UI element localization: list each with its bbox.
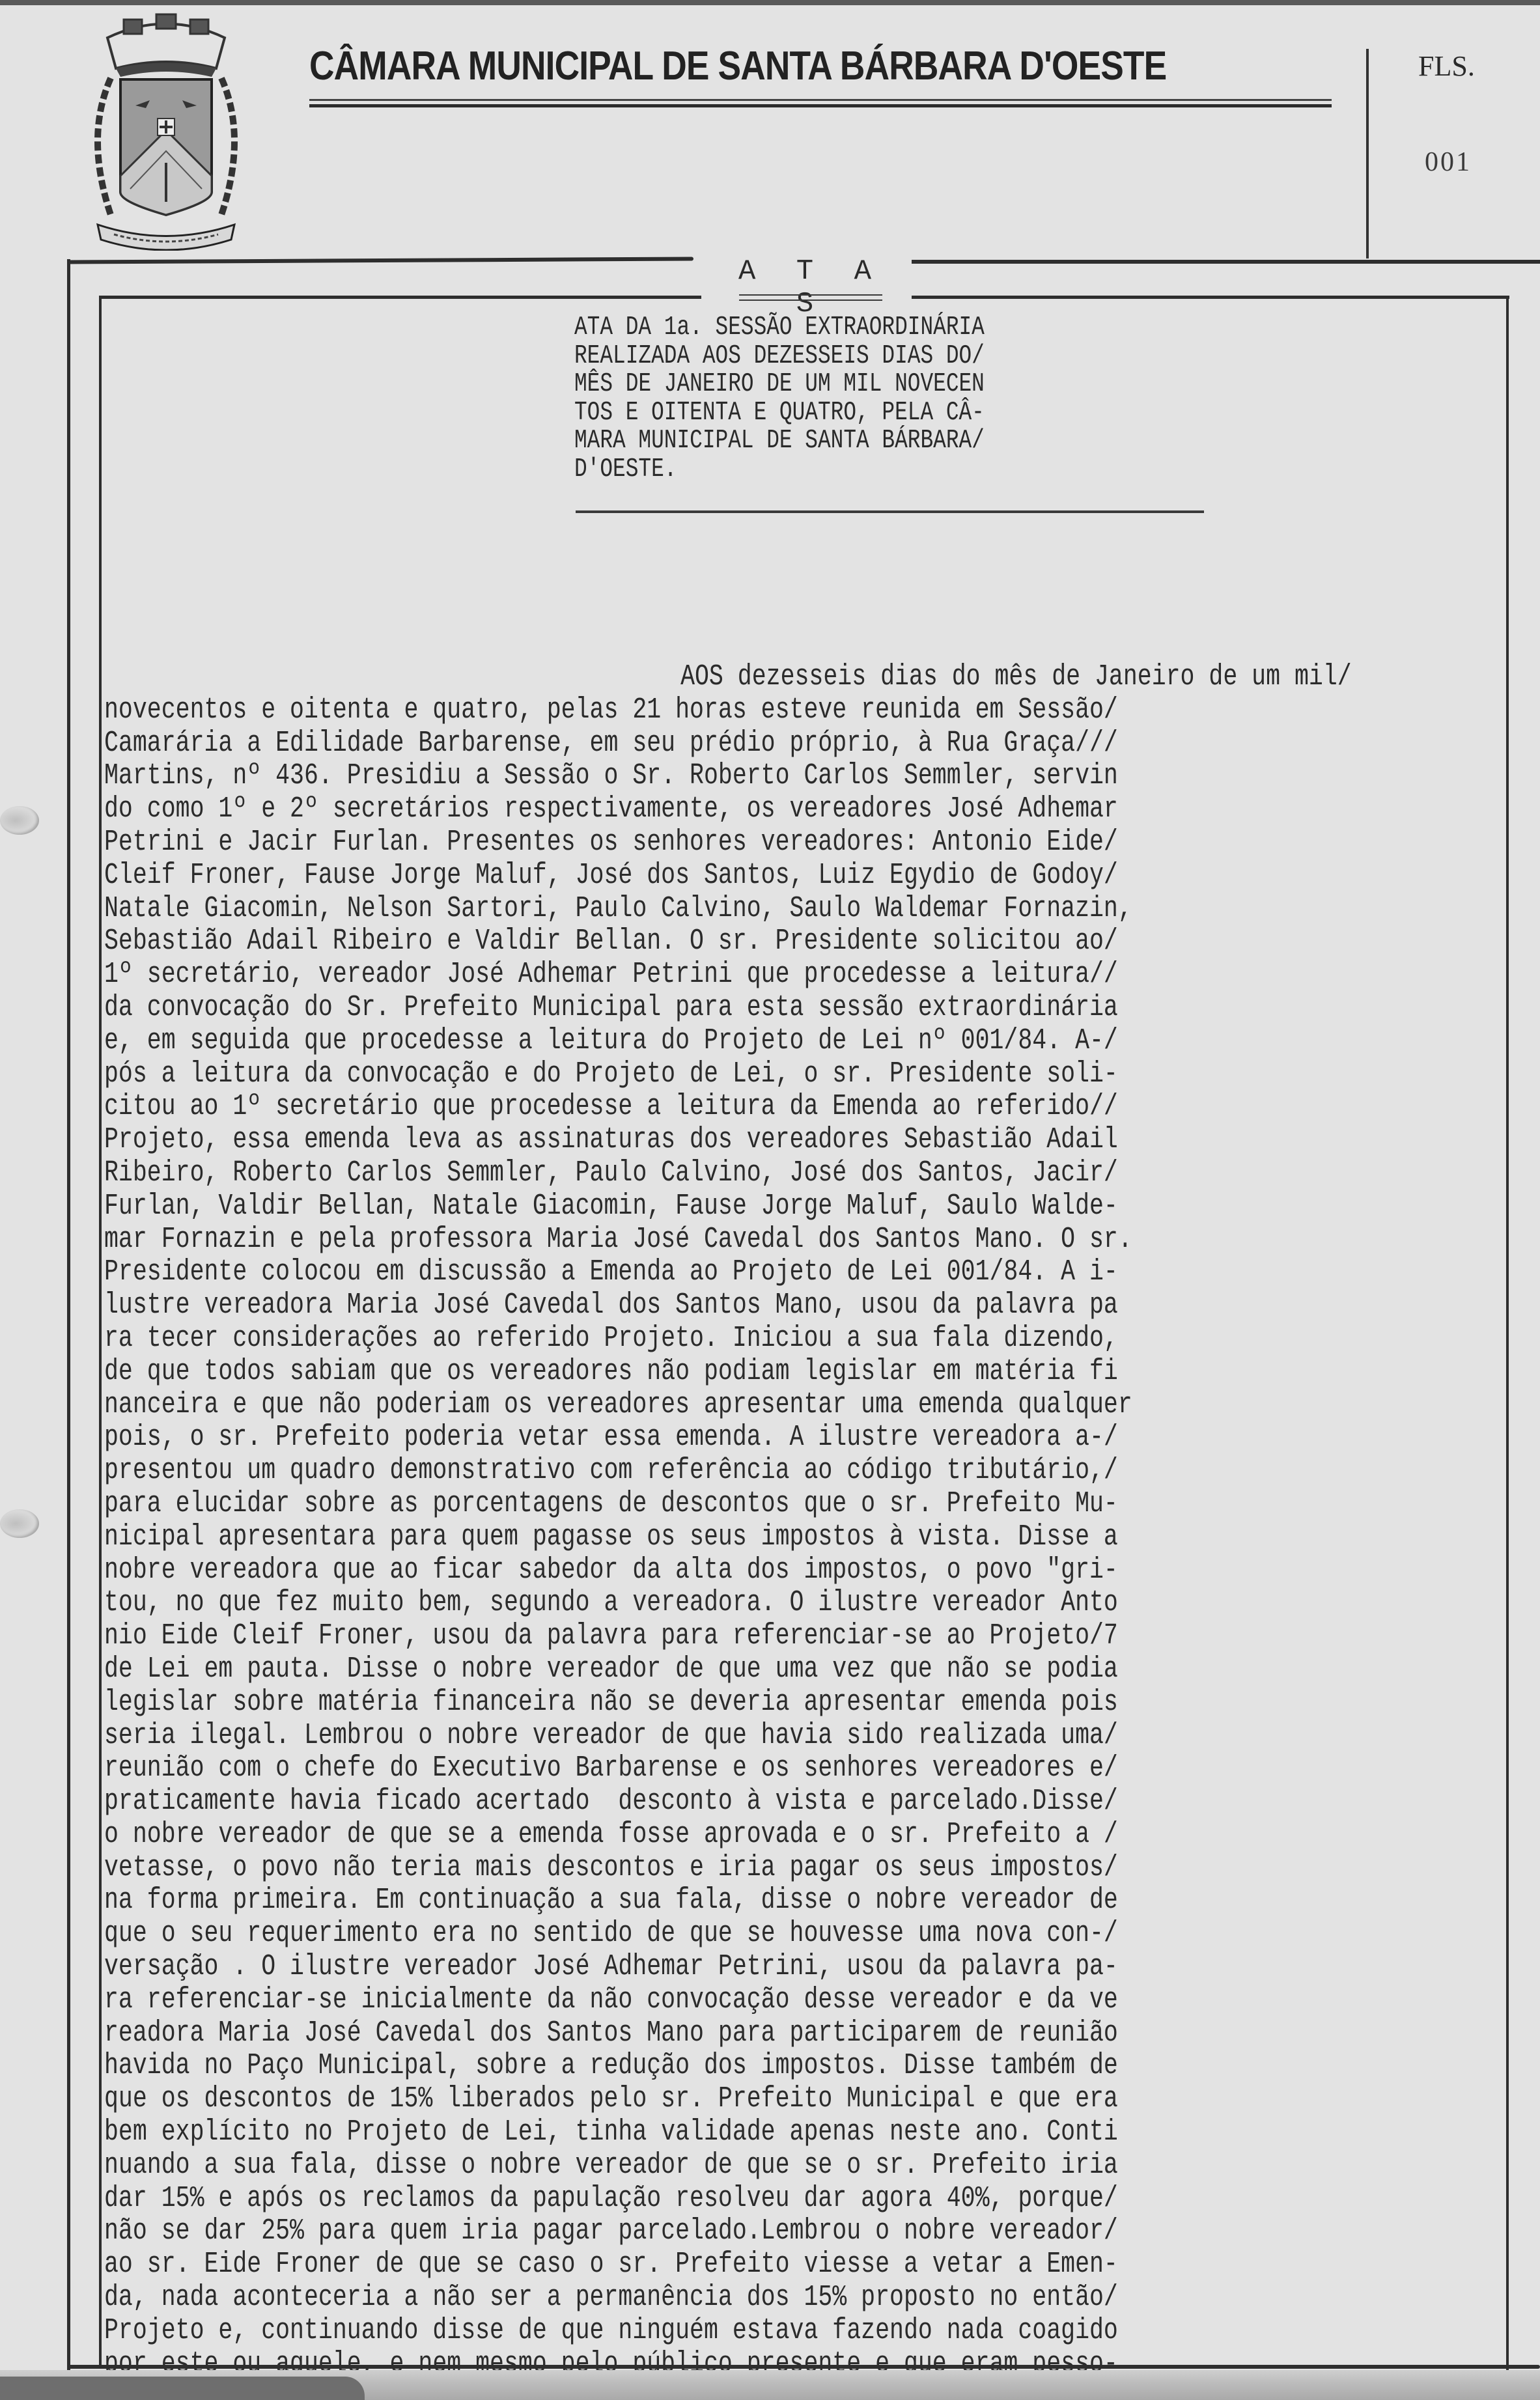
minutes-text-line: praticamente havia ficado acertado desco…	[104, 1785, 1246, 1819]
minutes-text-line: nuando a sua fala, disse o nobre vereado…	[104, 2149, 1246, 2183]
minutes-text-line: Furlan, Valdir Bellan, Natale Giacomin, …	[104, 1190, 1246, 1223]
section-label-underline	[739, 294, 882, 301]
minutes-text-line: do como 1º e 2º secretários respectivame…	[104, 793, 1246, 826]
inner-frame-border	[99, 296, 102, 2367]
minutes-text-line: nanceira e que não poderiam os vereadore…	[104, 1389, 1246, 1422]
inner-frame-border	[912, 296, 1509, 299]
minutes-text-line: versação . O ilustre vereador José Adhem…	[104, 1951, 1246, 1984]
frame-border	[912, 260, 1540, 264]
frame-border	[68, 2365, 1540, 2369]
minutes-text-line: novecentos e oitenta e quatro, pelas 21 …	[104, 694, 1246, 727]
minutes-text-line: dar 15% e após os reclamos da papulação …	[104, 2183, 1246, 2216]
minutes-text-line: Natale Giacomin, Nelson Sartori, Paulo C…	[104, 893, 1246, 926]
minutes-title-line: TOS E OITENTA E QUATRO, PELA CÂ-	[574, 399, 1085, 428]
minutes-title-line: MÊS DE JANEIRO DE UM MIL NOVECEN	[574, 370, 1085, 399]
minutes-text-line: nicipal apresentara para quem pagasse os…	[104, 1521, 1246, 1554]
minutes-text-line: Presidente colocou em discussão a Emenda…	[104, 1256, 1246, 1289]
minutes-text-line: da, nada aconteceria a não ser a permanê…	[104, 2281, 1246, 2315]
minutes-text-line: nobre vereadora que ao ficar sabedor da …	[104, 1554, 1246, 1587]
title-rule	[309, 99, 1332, 101]
folio-divider	[1366, 49, 1369, 258]
minutes-text-line: e, em seguida que procedesse a leitura d…	[104, 1025, 1246, 1058]
minutes-text-line: citou ao 1º secretário que procedesse a …	[104, 1091, 1246, 1124]
minutes-text-line: Ribeiro, Roberto Carlos Semmler, Paulo C…	[104, 1157, 1246, 1190]
minutes-text-line: bem explícito no Projeto de Lei, tinha v…	[104, 2116, 1246, 2149]
binder-hole	[0, 1509, 39, 1538]
minutes-text-line: de Lei em pauta. Disse o nobre vereador …	[104, 1653, 1246, 1686]
minutes-text-line: Sebastião Adail Ribeiro e Valdir Bellan.…	[104, 925, 1246, 958]
minutes-title-line: REALIZADA AOS DEZESSEIS DIAS DO/	[574, 342, 1085, 371]
minutes-text-line: que o seu requerimento era no sentido de…	[104, 1918, 1246, 1951]
minutes-text-line: ao sr. Eide Froner de que se caso o sr. …	[104, 2248, 1246, 2281]
minutes-text-line: tou, no que fez muito bem, segundo a ver…	[104, 1587, 1246, 1620]
minutes-title-line: MARA MUNICIPAL DE SANTA BÁRBARA/	[574, 427, 1085, 456]
minutes-text-line: vetasse, o povo não teria mais descontos…	[104, 1852, 1246, 1885]
minutes-text-line: Petrini e Jacir Furlan. Presentes os sen…	[104, 826, 1246, 859]
minutes-text-line: Camarária a Edilidade Barbarense, em seu…	[104, 727, 1246, 760]
minutes-text-line: havida no Paço Municipal, sobre a reduçã…	[104, 2050, 1246, 2083]
scan-shadow	[0, 2377, 365, 2400]
minutes-text-line: Projeto e, continuando disse de que ning…	[104, 2315, 1246, 2348]
minutes-text-line: não se dar 25% para quem iria pagar parc…	[104, 2215, 1246, 2248]
minutes-text-line: o nobre vereador de que se a emenda foss…	[104, 1819, 1246, 1852]
inner-frame-border	[99, 296, 701, 299]
minutes-text-line: Projeto, essa emenda leva as assinaturas…	[104, 1124, 1246, 1157]
frame-border	[67, 259, 70, 2375]
minutes-text-line: AOS dezesseis dias do mês de Janeiro de …	[104, 661, 1246, 694]
minutes-text-line: para elucidar sobre as porcentagens de d…	[104, 1488, 1246, 1521]
minutes-text-line: reunião com o chefe do Executivo Barbare…	[104, 1752, 1246, 1785]
minutes-text-line: pois, o sr. Prefeito poderia vetar essa …	[104, 1421, 1246, 1455]
folio-number: 001	[1425, 147, 1472, 178]
minutes-title-line: D'OESTE.	[574, 456, 1085, 484]
frame-border	[68, 257, 693, 264]
folio-label: FLS.	[1418, 49, 1475, 83]
minutes-text-line: lustre vereadora Maria José Cavedal dos …	[104, 1289, 1246, 1322]
minutes-text-line: presentou um quadro demonstrativo com re…	[104, 1455, 1246, 1488]
minutes-text-line: Cleif Froner, Fause Jorge Maluf, José do…	[104, 859, 1246, 893]
minutes-text-line: ra referenciar-se inicialmente da não co…	[104, 1984, 1246, 2017]
minutes-text-line: readora Maria José Cavedal dos Santos Ma…	[104, 2017, 1246, 2050]
minutes-text-line: pós a leitura da convocação e do Projeto…	[104, 1058, 1246, 1091]
minutes-title: ATA DA 1a. SESSÃO EXTRAORDINÁRIAREALIZAD…	[574, 314, 1212, 484]
minutes-text-line: mar Fornazin e pela professora Maria Jos…	[104, 1223, 1246, 1257]
minutes-text-line: 1º secretário, vereador José Adhemar Pet…	[104, 958, 1246, 992]
minutes-text-line: na forma primeira. Em continuação a sua …	[104, 1884, 1246, 1918]
minutes-text-line: Martins, nº 436. Presidiu a Sessão o Sr.…	[104, 760, 1246, 793]
minutes-title-rule	[576, 510, 1204, 513]
coat-of-arms-icon	[72, 7, 260, 251]
binder-hole	[0, 806, 39, 835]
section-label: A T A S	[733, 255, 889, 320]
minutes-text-line: legislar sobre matéria financeira não se…	[104, 1686, 1246, 1720]
minutes-text-line: seria ilegal. Lembrou o nobre vereador d…	[104, 1720, 1246, 1753]
minutes-text-line: nio Eide Cleif Froner, usou da palavra p…	[104, 1620, 1246, 1653]
scan-edge-top	[0, 0, 1540, 5]
organization-name: CÂMARA MUNICIPAL DE SANTA BÁRBARA D'OEST…	[309, 43, 1192, 95]
minutes-text-line: de que todos sabiam que os vereadores nã…	[104, 1356, 1246, 1389]
minutes-text-line: da convocação do Sr. Prefeito Municipal …	[104, 992, 1246, 1025]
minutes-text-line: que os descontos de 15% liberados pelo s…	[104, 2083, 1246, 2116]
minutes-text-line: ra tecer considerações ao referido Proje…	[104, 1322, 1246, 1356]
minutes-body: AOS dezesseis dias do mês de Janeiro de …	[104, 661, 1511, 2380]
minutes-title-line: ATA DA 1a. SESSÃO EXTRAORDINÁRIA	[574, 314, 1085, 342]
title-rule	[309, 104, 1332, 107]
